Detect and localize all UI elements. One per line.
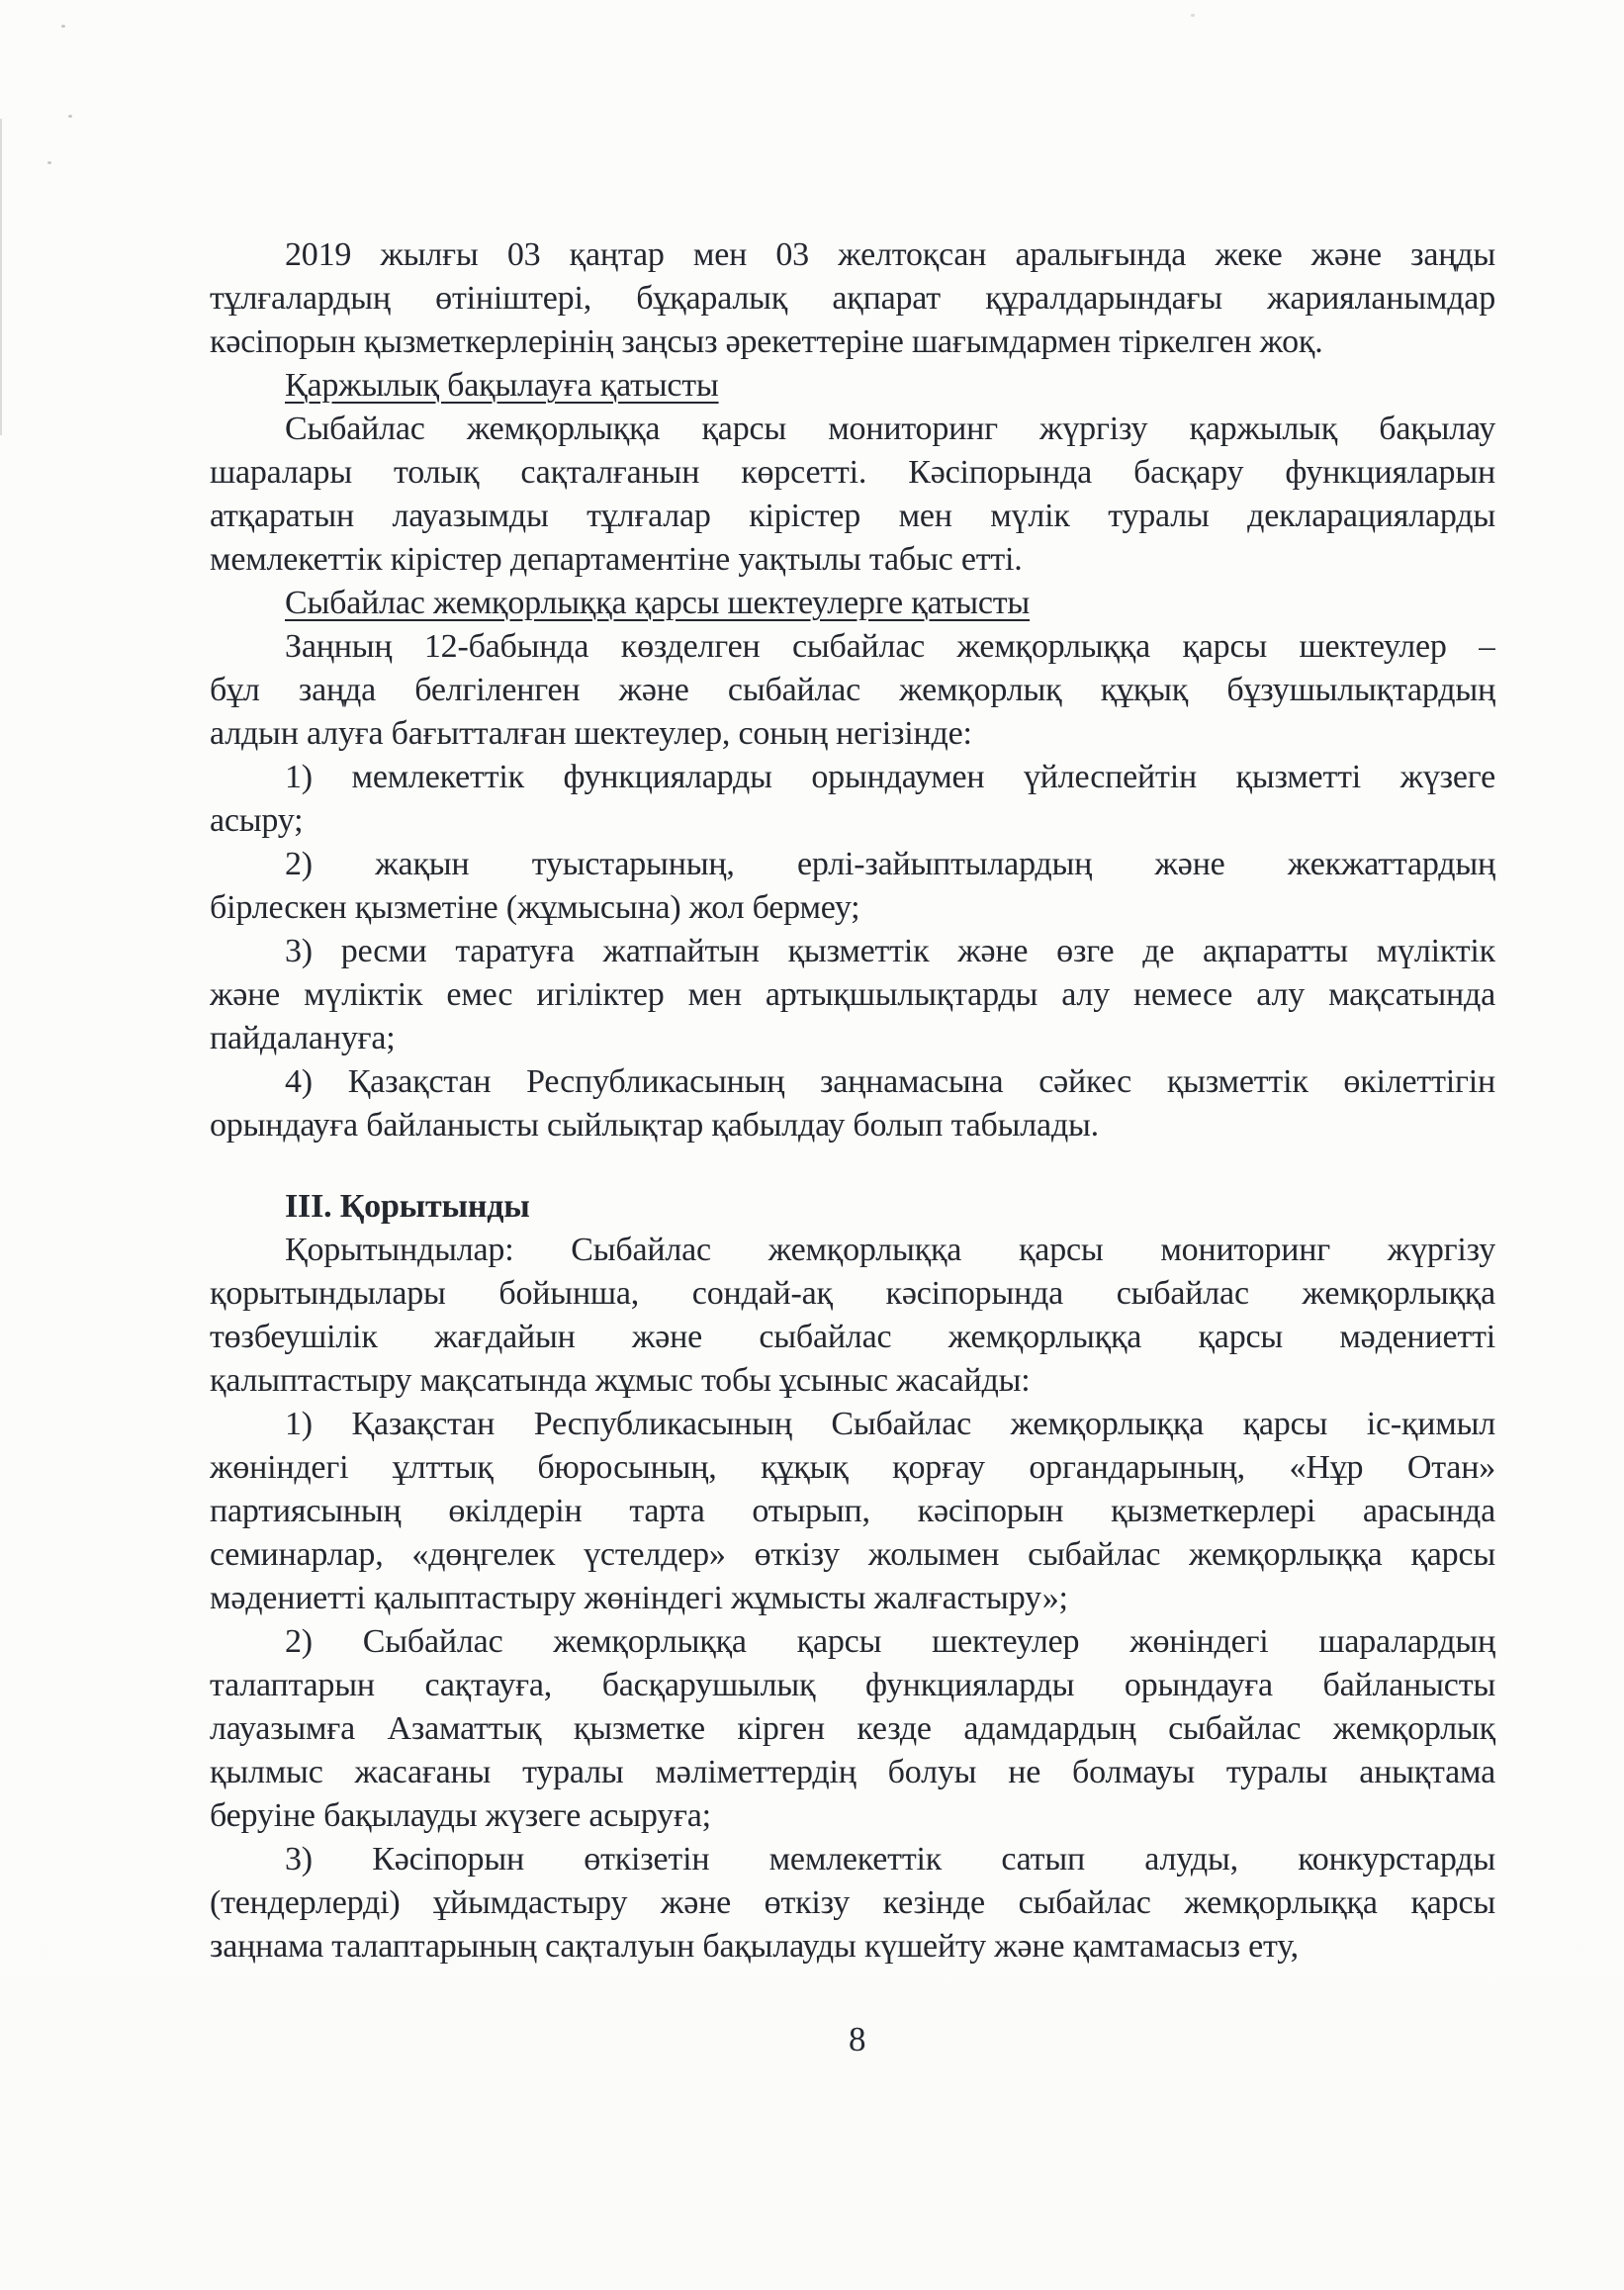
text-line: кәсіпорын қызметкерлерінің заңсыз әрекет… [210,321,1495,364]
scan-speck [68,115,72,118]
heading-bold: III. Қорытынды [210,1185,1495,1229]
text-line: талаптарын сақтауға, басқарушылық функци… [210,1664,1495,1707]
text-line: шаралары толық сақталғанын көрсетті. Кәс… [210,451,1495,495]
text-line: 1) мемлекеттік функцияларды орындаумен ү… [210,756,1495,799]
paragraph: 1) мемлекеттік функцияларды орындаумен ү… [210,756,1495,843]
scan-speck [1191,14,1195,17]
text-line: Заңның 12-бабында көзделген сыбайлас жем… [210,625,1495,669]
text-line: Қорытындылар: Сыбайлас жемқорлыққа қарсы… [210,1229,1495,1272]
paragraph: 2019 жылғы 03 қаңтар мен 03 желтоқсан ар… [210,233,1495,364]
scan-speck [47,161,51,164]
paragraph: 1) Қазақстан Республикасының Сыбайлас же… [210,1403,1495,1620]
scan-edge-artifact [0,119,2,435]
paragraph: Сыбайлас жемқорлыққа қарсы мониторинг жү… [210,408,1495,582]
paragraph: 2) жақын туыстарының, ерлі-зайыптылардың… [210,843,1495,930]
scan-speck [61,25,65,28]
paragraph: Қорытындылар: Сыбайлас жемқорлыққа қарсы… [210,1229,1495,1403]
text-line: қылмыс жасағаны туралы мәліметтердің бол… [210,1751,1495,1794]
text-line: атқаратын лауазымды тұлғалар кірістер ме… [210,495,1495,538]
page-text: 2019 жылғы 03 қаңтар мен 03 желтоқсан ар… [210,233,1495,1969]
text-line: 4) Қазақстан Республикасының заңнамасына… [210,1060,1495,1104]
text-line: мемлекеттік кірістер департаментіне уақт… [210,538,1495,582]
text-line: Сыбайлас жемқорлыққа қарсы шектеулерге қ… [210,582,1495,625]
text-line: 3) ресми таратуға жатпайтын қызметтік жә… [210,930,1495,973]
text-line: беруіне бақылауды жүзеге асыруға; [210,1794,1495,1838]
text-line: орындауға байланысты сыйлықтар қабылдау … [210,1104,1495,1147]
text-line: пайдалануға; [210,1017,1495,1060]
heading-underline: Сыбайлас жемқорлыққа қарсы шектеулерге қ… [210,582,1495,625]
paragraph: Заңның 12-бабында көзделген сыбайлас жем… [210,625,1495,756]
text-line: бұл заңда белгіленген және сыбайлас жемқ… [210,669,1495,712]
page-number: 8 [849,2020,866,2060]
text-line: 2019 жылғы 03 қаңтар мен 03 желтоқсан ар… [210,233,1495,277]
text-line: Сыбайлас жемқорлыққа қарсы мониторинг жү… [210,408,1495,451]
paragraph: 3) Кәсіпорын өткізетін мемлекеттік сатып… [210,1838,1495,1969]
text-line: жөніндегі ұлттық бюросының, құқық қорғау… [210,1446,1495,1490]
paragraph: 3) ресми таратуға жатпайтын қызметтік жә… [210,930,1495,1060]
text-line: заңнама талаптарының сақталуын бақылауды… [210,1925,1495,1969]
text-line: семинарлар, «дөңгелек үстелдер» өткізу ж… [210,1533,1495,1577]
paragraph: 4) Қазақстан Республикасының заңнамасына… [210,1060,1495,1147]
text-line: 2) Сыбайлас жемқорлыққа қарсы шектеулер … [210,1620,1495,1664]
text-line: бірлескен қызметіне (жұмысына) жол берме… [210,886,1495,930]
text-line: асыру; [210,799,1495,843]
text-line: 3) Кәсіпорын өткізетін мемлекеттік сатып… [210,1838,1495,1881]
text-line: партиясының өкілдерін тарта отырып, кәсі… [210,1490,1495,1533]
text-line: қорытындылары бойынша, сондай-ақ кәсіпор… [210,1272,1495,1316]
document-page: 2019 жылғы 03 қаңтар мен 03 желтоқсан ар… [0,0,1624,2290]
text-line: 2) жақын туыстарының, ерлі-зайыптылардың… [210,843,1495,886]
heading-underline: Қаржылық бақылауға қатысты [210,364,1495,408]
text-line: алдын алуға бағытталған шектеулер, соның… [210,712,1495,756]
text-line: лауазымға Азаматтық қызметке кірген кезд… [210,1707,1495,1751]
text-line: 1) Қазақстан Республикасының Сыбайлас же… [210,1403,1495,1446]
text-line: төзбеушілік жағдайын және сыбайлас жемқо… [210,1316,1495,1359]
text-line: тұлғалардың өтініштері, бұқаралық ақпара… [210,277,1495,321]
text-line: мәдениетті қалыптастыру жөніндегі жұмыст… [210,1577,1495,1620]
text-line: Қаржылық бақылауға қатысты [210,364,1495,408]
text-line: және мүліктік емес игіліктер мен артықшы… [210,973,1495,1017]
text-line: қалыптастыру мақсатында жұмыс тобы ұсыны… [210,1359,1495,1403]
paragraph: 2) Сыбайлас жемқорлыққа қарсы шектеулер … [210,1620,1495,1838]
text-line: III. Қорытынды [210,1185,1495,1229]
text-line: (тендерлерді) ұйымдастыру және өткізу ке… [210,1881,1495,1925]
